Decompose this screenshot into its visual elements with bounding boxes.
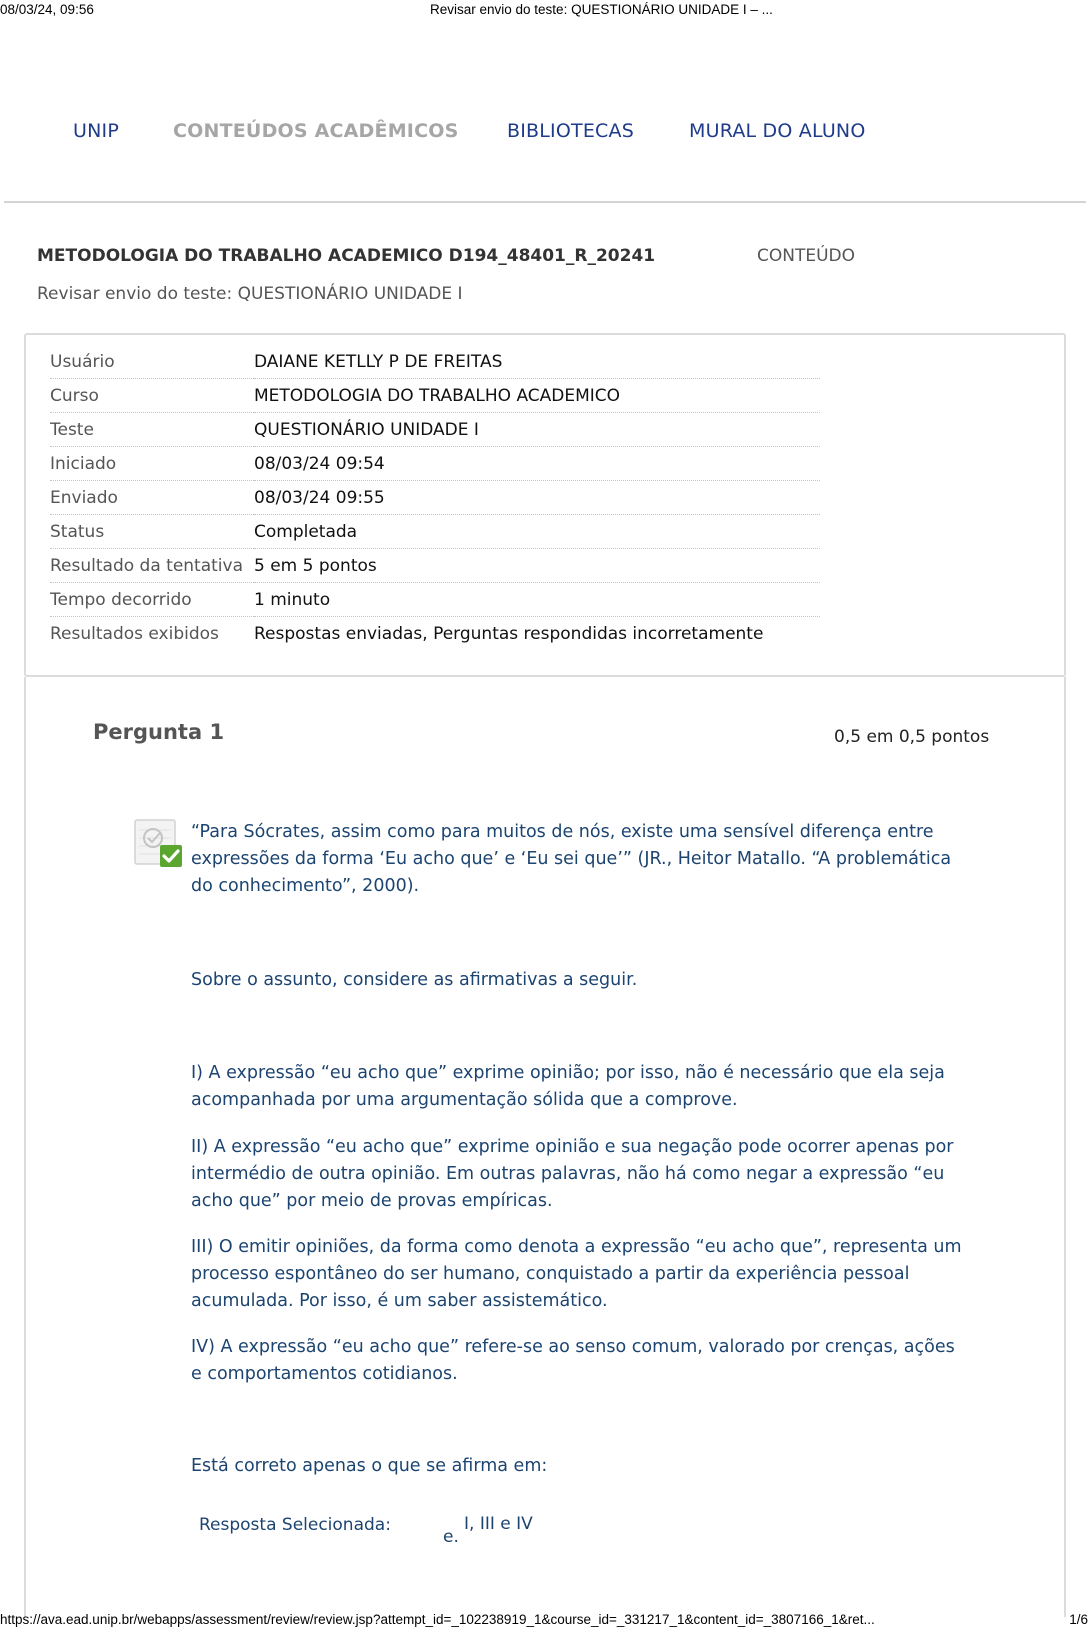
info-label: Teste bbox=[50, 413, 254, 447]
info-row-resultado: Resultado da tentativa5 em 5 pontos bbox=[50, 549, 820, 583]
statement-text: III) O emitir opiniões, da forma como de… bbox=[191, 1234, 971, 1315]
info-label: Usuário bbox=[50, 345, 254, 379]
info-row-iniciado: Iniciado08/03/24 09:54 bbox=[50, 447, 820, 481]
prompt-text: Está correto apenas o que se afirma em: bbox=[191, 1453, 971, 1480]
nav-conteudos-academicos[interactable]: CONTEÚDOS ACADÊMICOS bbox=[173, 120, 458, 142]
correct-check-icon bbox=[133, 818, 185, 870]
info-label: Resultados exibidos bbox=[50, 617, 254, 651]
page-subtitle: Revisar envio do teste: QUESTIONÁRIO UNI… bbox=[37, 284, 463, 304]
statement-iv: IV) A expressão “eu acho que” refere-se … bbox=[191, 1334, 971, 1388]
question-points: 0,5 em 0,5 pontos bbox=[834, 727, 989, 747]
info-row-enviado: Enviado08/03/24 09:55 bbox=[50, 481, 820, 515]
info-value: 08/03/24 09:55 bbox=[254, 481, 820, 515]
info-label: Curso bbox=[50, 379, 254, 413]
info-label: Enviado bbox=[50, 481, 254, 515]
info-value: QUESTIONÁRIO UNIDADE I bbox=[254, 413, 820, 447]
print-url: https://ava.ead.unip.br/webapps/assessme… bbox=[0, 1612, 875, 1627]
info-row-curso: CursoMETODOLOGIA DO TRABALHO ACADEMICO bbox=[50, 379, 820, 413]
info-label: Status bbox=[50, 515, 254, 549]
print-page-title: Revisar envio do teste: QUESTIONÁRIO UNI… bbox=[430, 2, 773, 17]
info-label: Tempo decorrido bbox=[50, 583, 254, 617]
nav-mural-do-aluno[interactable]: MURAL DO ALUNO bbox=[689, 120, 866, 142]
info-value: 5 em 5 pontos bbox=[254, 549, 820, 583]
nav-divider bbox=[4, 201, 1086, 203]
intro-text: Sobre o assunto, considere as afirmativa… bbox=[191, 967, 971, 994]
statement-ii: II) A expressão “eu acho que” exprime op… bbox=[191, 1134, 971, 1215]
selected-answer-letter: e. bbox=[443, 1527, 459, 1547]
selected-answer-label: Resposta Selecionada: bbox=[199, 1515, 391, 1535]
statement-i: I) A expressão “eu acho que” exprime opi… bbox=[191, 1060, 971, 1114]
statement-text: II) A expressão “eu acho que” exprime op… bbox=[191, 1134, 971, 1215]
info-row-status: StatusCompletada bbox=[50, 515, 820, 549]
info-row-tempo: Tempo decorrido1 minuto bbox=[50, 583, 820, 617]
info-label: Resultado da tentativa bbox=[50, 549, 254, 583]
attempt-info-box: UsuárioDAIANE KETLLY P DE FREITAS CursoM… bbox=[24, 333, 1066, 677]
info-value: METODOLOGIA DO TRABALHO ACADEMICO bbox=[254, 379, 820, 413]
course-title: METODOLOGIA DO TRABALHO ACADEMICO D194_4… bbox=[37, 246, 655, 266]
nav-unip[interactable]: UNIP bbox=[73, 120, 119, 142]
print-datetime: 08/03/24, 09:56 bbox=[0, 2, 94, 17]
info-row-teste: TesteQUESTIONÁRIO UNIDADE I bbox=[50, 413, 820, 447]
question-title: Pergunta 1 bbox=[93, 720, 224, 744]
question-intro: Sobre o assunto, considere as afirmativa… bbox=[191, 967, 971, 994]
selected-answer-text: I, III e IV bbox=[464, 1514, 533, 1534]
conteudo-link[interactable]: CONTEÚDO bbox=[757, 246, 855, 266]
question-quote: “Para Sócrates, assim como para muitos d… bbox=[191, 819, 971, 900]
info-row-resultados-exibidos: Resultados exibidosRespostas enviadas, P… bbox=[50, 617, 820, 651]
attempt-info-table: UsuárioDAIANE KETLLY P DE FREITAS CursoM… bbox=[50, 345, 820, 650]
info-value: DAIANE KETLLY P DE FREITAS bbox=[254, 345, 820, 379]
print-header: 08/03/24, 09:56 Revisar envio do teste: … bbox=[0, 2, 1090, 22]
question-prompt: Está correto apenas o que se afirma em: bbox=[191, 1453, 971, 1480]
quote-text: “Para Sócrates, assim como para muitos d… bbox=[191, 819, 971, 900]
print-page-number: 1/6 bbox=[1069, 1612, 1088, 1627]
info-value: Respostas enviadas, Perguntas respondida… bbox=[254, 617, 820, 651]
info-value: Completada bbox=[254, 515, 820, 549]
info-label: Iniciado bbox=[50, 447, 254, 481]
statement-text: I) A expressão “eu acho que” exprime opi… bbox=[191, 1060, 971, 1114]
statement-iii: III) O emitir opiniões, da forma como de… bbox=[191, 1234, 971, 1315]
info-value: 1 minuto bbox=[254, 583, 820, 617]
info-value: 08/03/24 09:54 bbox=[254, 447, 820, 481]
print-footer: https://ava.ead.unip.br/webapps/assessme… bbox=[0, 1612, 1090, 1630]
info-row-usuario: UsuárioDAIANE KETLLY P DE FREITAS bbox=[50, 345, 820, 379]
statement-text: IV) A expressão “eu acho que” refere-se … bbox=[191, 1334, 971, 1388]
nav-bibliotecas[interactable]: BIBLIOTECAS bbox=[507, 120, 634, 142]
